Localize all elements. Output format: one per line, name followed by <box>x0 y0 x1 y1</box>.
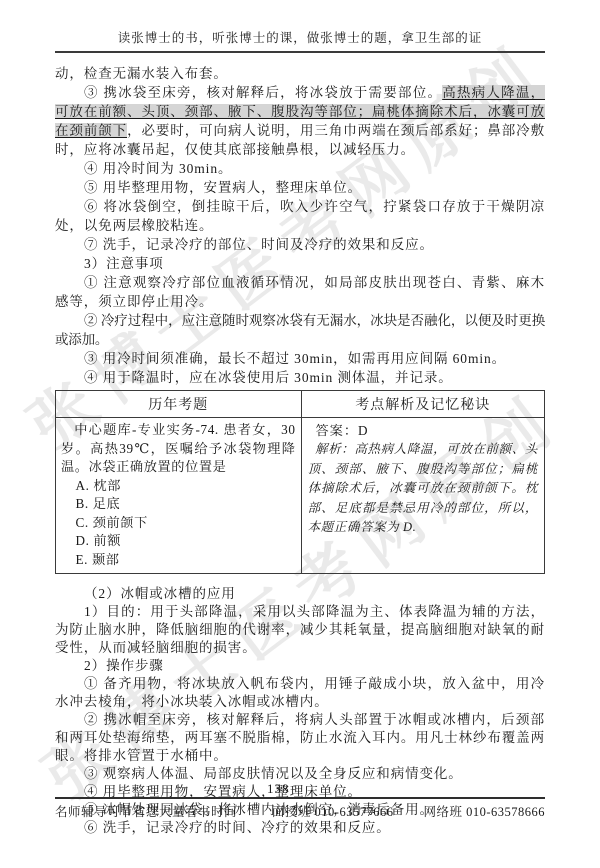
paragraph: ⑥ 洗手，记录冷疗的时间、冷疗的效果和反应。 <box>55 819 545 837</box>
answer-option: E. 颞部 <box>61 551 296 570</box>
paragraph: 2）操作步骤 <box>55 657 545 675</box>
footer-left-slogan: 名师辅导可节省您大量看书时间 <box>55 802 237 820</box>
text-run: ① 注意观察冷疗部位血液循环情况，如局部皮肤出现苍白、青紫、麻木感等，须立即停止… <box>55 275 545 309</box>
paragraph: ④ 用于降温时，应在冰袋使用后 30min 测体温，并记录。 <box>55 368 545 387</box>
page-footer: 138 名师辅导可节省您大量看书时间 面授班 010-63577666 网络班 … <box>55 797 545 820</box>
text-run: 1）目的：用于头部降温，采用以头部降温为主、体表降温为辅的方法，为防止脑水肿，降… <box>55 604 545 655</box>
answer-option: B. 足底 <box>61 495 296 514</box>
answer-analysis: 解析：高热病人降温，可放在前额、头顶、颈部、腋下、腹股沟等部位；扁桃体摘除术后，… <box>308 440 538 538</box>
text-run: ⑥ 将冰袋倒空，倒挂晾干后，吹入少许空气，拧紧袋口存放于干燥阴凉处，以免两层橡胶… <box>55 199 545 233</box>
question-stem: 中心题库-专业实务-74. 患者女，30岁。高热39℃，医嘱给予冰袋物理降温。冰… <box>61 421 296 477</box>
section-ice-bag-steps: 动，检查无漏水装入布套。③ 携冰袋至床旁，核对解释后，将冰袋放于需要部位。高热病… <box>55 64 545 387</box>
text-run: 3）注意事项 <box>84 256 164 271</box>
paragraph: ① 备齐用物，将冰块放入帆布袋内，用锤子敲成小块，放入盆中，用冷水冲去棱角，将小… <box>55 675 545 711</box>
paragraph: ③ 观察病人体温、局部皮肤情况以及全身反应和病情变化。 <box>55 765 545 783</box>
paragraph: ⑤ 用毕整理用物，安置病人，整理床单位。 <box>55 178 545 197</box>
text-run: ④ 用冷时间为 30min。 <box>84 161 232 176</box>
text-run: ⑦ 洗手，记录冷疗的部位、时间及冷疗的效果和反应。 <box>84 237 434 252</box>
header-slogan: 读张博士的书，听张博士的课，做张博士的题，拿卫生部的证 <box>55 28 545 46</box>
text-run: 2）操作步骤 <box>84 658 164 673</box>
paragraph: ⑦ 洗手，记录冷疗的部位、时间及冷疗的效果和反应。 <box>55 235 545 254</box>
text-run: ④ 用于降温时，应在冰袋使用后 30min 测体温，并记录。 <box>84 370 453 385</box>
header-divider <box>55 51 545 53</box>
paragraph: ⑥ 将冰袋倒空，倒挂晾干后，吹入少许空气，拧紧袋口存放于干燥阴凉处，以免两层橡胶… <box>55 197 545 235</box>
paragraph: ② 携冰帽至床旁，核对解释后，将病人头部置于冰帽或冰槽内，后颈部和两耳处垫海绵垫… <box>55 711 545 765</box>
answer-option: A. 枕部 <box>61 477 296 496</box>
text-run: ，必要时，可向病人说明，用三角巾两端在颈后部系好；鼻部冷敷时，应将冰囊吊起，仅使… <box>55 123 545 157</box>
footer-phone-online: 网络班 010-63578666 <box>423 802 545 820</box>
footer-phone-onsite: 面授班 010-63577666 <box>272 802 394 820</box>
paragraph: ② 冷疗过程中，应注意随时观察冰袋有无漏水，冰块是否融化，以便及时更换或添加。 <box>55 311 545 349</box>
answer-option: D. 前额 <box>61 532 296 551</box>
exam-answer-cell: 答案：D 解析：高热病人降温，可放在前额、头顶、颈部、腋下、腹股沟等部位；扁桃体… <box>301 418 544 574</box>
exam-question-table: 历年考题 考点解析及记忆秘诀 中心题库-专业实务-74. 患者女，30岁。高热3… <box>55 390 545 574</box>
exam-table-header-past-questions: 历年考题 <box>56 391 302 418</box>
document-page: 张博士医考网原创 张博士医考网原创 读张博士的书，听张博士的课，做张博士的题，拿… <box>0 0 600 868</box>
text-run: ③ 用冷时间须准确，最长不超过 30min，如需再用应间隔 60min。 <box>84 351 506 366</box>
text-run: ② 冷疗过程中，应注意随时观察冰袋有无漏水，冰块是否融化，以便及时更换或添加。 <box>55 313 545 347</box>
exam-table-header-analysis: 考点解析及记忆秘诀 <box>301 391 544 418</box>
paragraph: 1）目的：用于头部降温，采用以头部降温为主、体表降温为辅的方法，为防止脑水肿，降… <box>55 603 545 657</box>
page-number: 138 <box>267 781 290 797</box>
text-run: ⑤ 用毕整理用物，安置病人，整理床单位。 <box>84 180 362 195</box>
text-run: ③ 观察病人体温、局部皮肤情况以及全身反应和病情变化。 <box>84 766 463 781</box>
footer-contacts: 面授班 010-63577666 网络班 010-63578666 <box>272 802 545 820</box>
paragraph: 动，检查无漏水装入布套。 <box>55 64 545 83</box>
paragraph: （2）冰帽或冰槽的应用 <box>55 585 545 603</box>
paragraph: 3）注意事项 <box>55 254 545 273</box>
paragraph: ③ 携冰袋至床旁，核对解释后，将冰袋放于需要部位。高热病人降温，可放在前额、头顶… <box>55 83 545 159</box>
text-run: （2）冰帽或冰槽的应用 <box>84 586 236 601</box>
text-run: ② 携冰帽至床旁，核对解释后，将病人头部置于冰帽或冰槽内，后颈部和两耳处垫海绵垫… <box>55 712 545 763</box>
page-header: 读张博士的书，听张博士的课，做张博士的题，拿卫生部的证 <box>55 0 545 53</box>
paragraph: ④ 用冷时间为 30min。 <box>55 159 545 178</box>
question-options: A. 枕部B. 足底C. 颈前颌下D. 前额E. 颞部 <box>61 477 296 570</box>
text-run: ③ 携冰袋至床旁，核对解释后，将冰袋放于需要部位。 <box>84 85 442 100</box>
text-run: ⑥ 洗手，记录冷疗的时间、冷疗的效果和反应。 <box>84 820 391 835</box>
paragraph: ③ 用冷时间须准确，最长不超过 30min，如需再用应间隔 60min。 <box>55 349 545 368</box>
exam-question-cell: 中心题库-专业实务-74. 患者女，30岁。高热39℃，医嘱给予冰袋物理降温。冰… <box>56 418 302 574</box>
answer-label: 答案：D <box>308 421 538 440</box>
paragraph: ① 注意观察冷疗部位血液循环情况，如局部皮肤出现苍白、青紫、麻木感等，须立即停止… <box>55 273 545 311</box>
text-run: ① 备齐用物，将冰块放入帆布袋内，用锤子敲成小块，放入盆中，用冷水冲去棱角，将小… <box>55 676 545 709</box>
text-run: 动，检查无漏水装入布套。 <box>55 66 228 81</box>
answer-option: C. 颈前颌下 <box>61 514 296 533</box>
